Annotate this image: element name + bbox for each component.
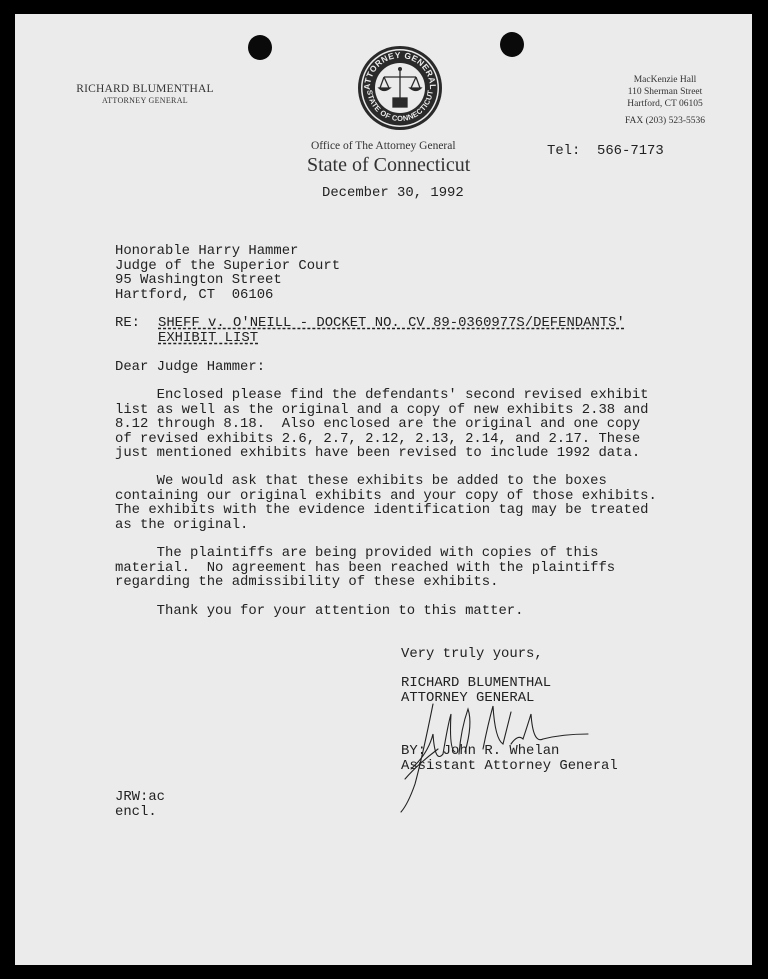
letter-date: December 30, 1992 xyxy=(322,186,464,201)
letterhead-name: RICHARD BLUMENTHAL xyxy=(60,83,230,95)
state-seal: ATTORNEY GENERAL STATE OF CONNECTICUT xyxy=(356,44,444,132)
salutation: Dear Judge Hammer: xyxy=(115,360,265,375)
re-subject-line: EXHIBIT LIST xyxy=(158,331,625,346)
recipient-line: Honorable Harry Hammer xyxy=(115,244,340,259)
telephone: Tel: 566-7173 xyxy=(547,144,664,159)
by-title: Assistant Attorney General xyxy=(401,759,618,774)
paragraph-line: list as well as the original and a copy … xyxy=(115,403,649,418)
paragraph-4: Thank you for your attention to this mat… xyxy=(115,604,523,619)
paragraph-line: containing our original exhibits and you… xyxy=(115,489,657,504)
paragraph-line: The plaintiffs are being provided with c… xyxy=(115,546,615,561)
enclosure-notation: encl. xyxy=(115,805,165,820)
paragraph-line: 8.12 through 8.18. Also enclosed are the… xyxy=(115,417,649,432)
seal-icon: ATTORNEY GENERAL STATE OF CONNECTICUT xyxy=(356,44,444,132)
fax-number: FAX (203) 523-5536 xyxy=(600,115,730,127)
punch-hole-left xyxy=(248,35,272,60)
recipient-line: 95 Washington Street xyxy=(115,273,340,288)
signatory-name: RICHARD BLUMENTHAL xyxy=(401,676,551,691)
recipient-line: Hartford, CT 06106 xyxy=(115,288,340,303)
closing: Very truly yours, xyxy=(401,647,543,662)
paragraph-1: Enclosed please find the defendants' sec… xyxy=(115,388,649,461)
address-line-3: Hartford, CT 06105 xyxy=(600,98,730,110)
letter-page: RICHARD BLUMENTHAL ATTORNEY GENERAL ATTO… xyxy=(15,14,752,965)
re-subject: SHEFF v. O'NEILL - DOCKET NO. CV 89-0360… xyxy=(158,316,625,345)
typist-initials: JRW:ac xyxy=(115,790,165,805)
paragraph-line: Enclosed please find the defendants' sec… xyxy=(115,388,649,403)
paragraph-line: regarding the admissibility of these exh… xyxy=(115,575,615,590)
reference-initials: JRW:ac encl. xyxy=(115,790,165,819)
letterhead-left: RICHARD BLUMENTHAL ATTORNEY GENERAL xyxy=(60,83,230,105)
recipient-line: Judge of the Superior Court xyxy=(115,259,340,274)
paragraph-line: just mentioned exhibits have been revise… xyxy=(115,446,649,461)
office-name: Office of The Attorney General xyxy=(311,140,456,152)
re-subject-line: SHEFF v. O'NEILL - DOCKET NO. CV 89-0360… xyxy=(158,316,625,331)
signed-by: BY: John R. Whelan Assistant Attorney Ge… xyxy=(401,744,618,773)
address-line-2: 110 Sherman Street xyxy=(600,86,730,98)
punch-hole-right xyxy=(500,32,524,57)
state-name: State of Connecticut xyxy=(307,154,470,177)
paragraph-3: The plaintiffs are being provided with c… xyxy=(115,546,615,590)
letterhead-right: MacKenzie Hall 110 Sherman Street Hartfo… xyxy=(600,74,730,127)
paragraph-line: We would ask that these exhibits be adde… xyxy=(115,474,657,489)
address-line-1: MacKenzie Hall xyxy=(600,74,730,86)
letterhead-title: ATTORNEY GENERAL xyxy=(60,96,230,105)
re-label: RE: xyxy=(115,316,140,331)
paragraph-line: of revised exhibits 2.6, 2.7, 2.12, 2.13… xyxy=(115,432,649,447)
paragraph-line: as the original. xyxy=(115,518,657,533)
paragraph-line: The exhibits with the evidence identific… xyxy=(115,503,657,518)
by-line: BY: John R. Whelan xyxy=(401,744,618,759)
paragraph-line: Thank you for your attention to this mat… xyxy=(115,604,523,619)
paragraph-line: material. No agreement has been reached … xyxy=(115,561,615,576)
paragraph-2: We would ask that these exhibits be adde… xyxy=(115,474,657,532)
recipient-address: Honorable Harry Hammer Judge of the Supe… xyxy=(115,244,340,302)
